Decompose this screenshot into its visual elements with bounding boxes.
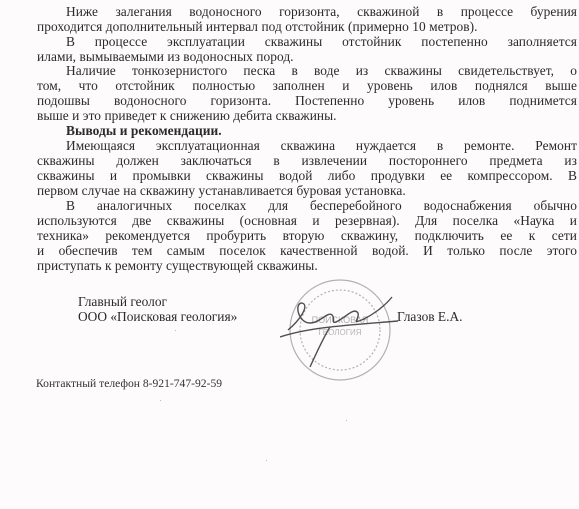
signer-name: Глазов Е.А. xyxy=(397,309,462,324)
contact-phone: Контактный телефон 8-921-747-92-59 xyxy=(36,377,222,390)
scan-speck xyxy=(160,400,161,401)
paragraph-line: выше и это приведет к снижению дебита ск… xyxy=(37,108,577,123)
stamp-icon: ПОИСКОВАЯ ГЕОЛОГИЯ xyxy=(280,275,400,385)
paragraph-line: и обеспечив тем самым поселок качественн… xyxy=(37,243,577,258)
scan-speck xyxy=(266,460,267,461)
paragraph-line: илами, вымываемыми из водоносных пород. xyxy=(37,49,577,64)
paragraph-line: приступать к ремонту существующей скважи… xyxy=(37,258,577,273)
paragraph-line: скважины должен заключаться в извлечении… xyxy=(37,153,577,168)
signer-position: Главный геолог xyxy=(78,294,167,309)
paragraph-line: том, что отстойник полностью заполнен и … xyxy=(37,78,577,93)
paragraph-line: используются две скважины (основная и ре… xyxy=(37,213,577,228)
document-page: Ниже залегания водоносного горизонта, ск… xyxy=(0,0,579,509)
scan-speck xyxy=(175,330,176,331)
scan-speck xyxy=(346,420,347,421)
paragraph-line: проходится дополнительный интервал под о… xyxy=(37,19,577,34)
paragraph-line: подошвы водоносного горизонта. Постепенн… xyxy=(37,93,577,108)
paragraph-line: В процессе эксплуатации скважины отстойн… xyxy=(66,34,577,49)
paragraph-line: скважины и промывки скважины водой либо … xyxy=(37,168,577,183)
paragraph-line: Наличие тонкозернистого песка в воде из … xyxy=(66,63,577,78)
paragraph-line: Имеющаяся эксплуатационная скважина нужд… xyxy=(66,138,577,153)
section-heading: Выводы и рекомендации. xyxy=(66,123,577,138)
paragraph-line: В аналогичных поселках для бесперебойног… xyxy=(66,198,577,213)
paragraph-line: техника» рекомендуется пробурить вторую … xyxy=(37,228,577,243)
paragraph-line: Ниже залегания водоносного горизонта, ск… xyxy=(66,4,577,19)
paragraph-line: первом случае на скважину устанавливаетс… xyxy=(37,183,577,198)
signer-organization: ООО «Поисковая геология» xyxy=(78,309,237,324)
